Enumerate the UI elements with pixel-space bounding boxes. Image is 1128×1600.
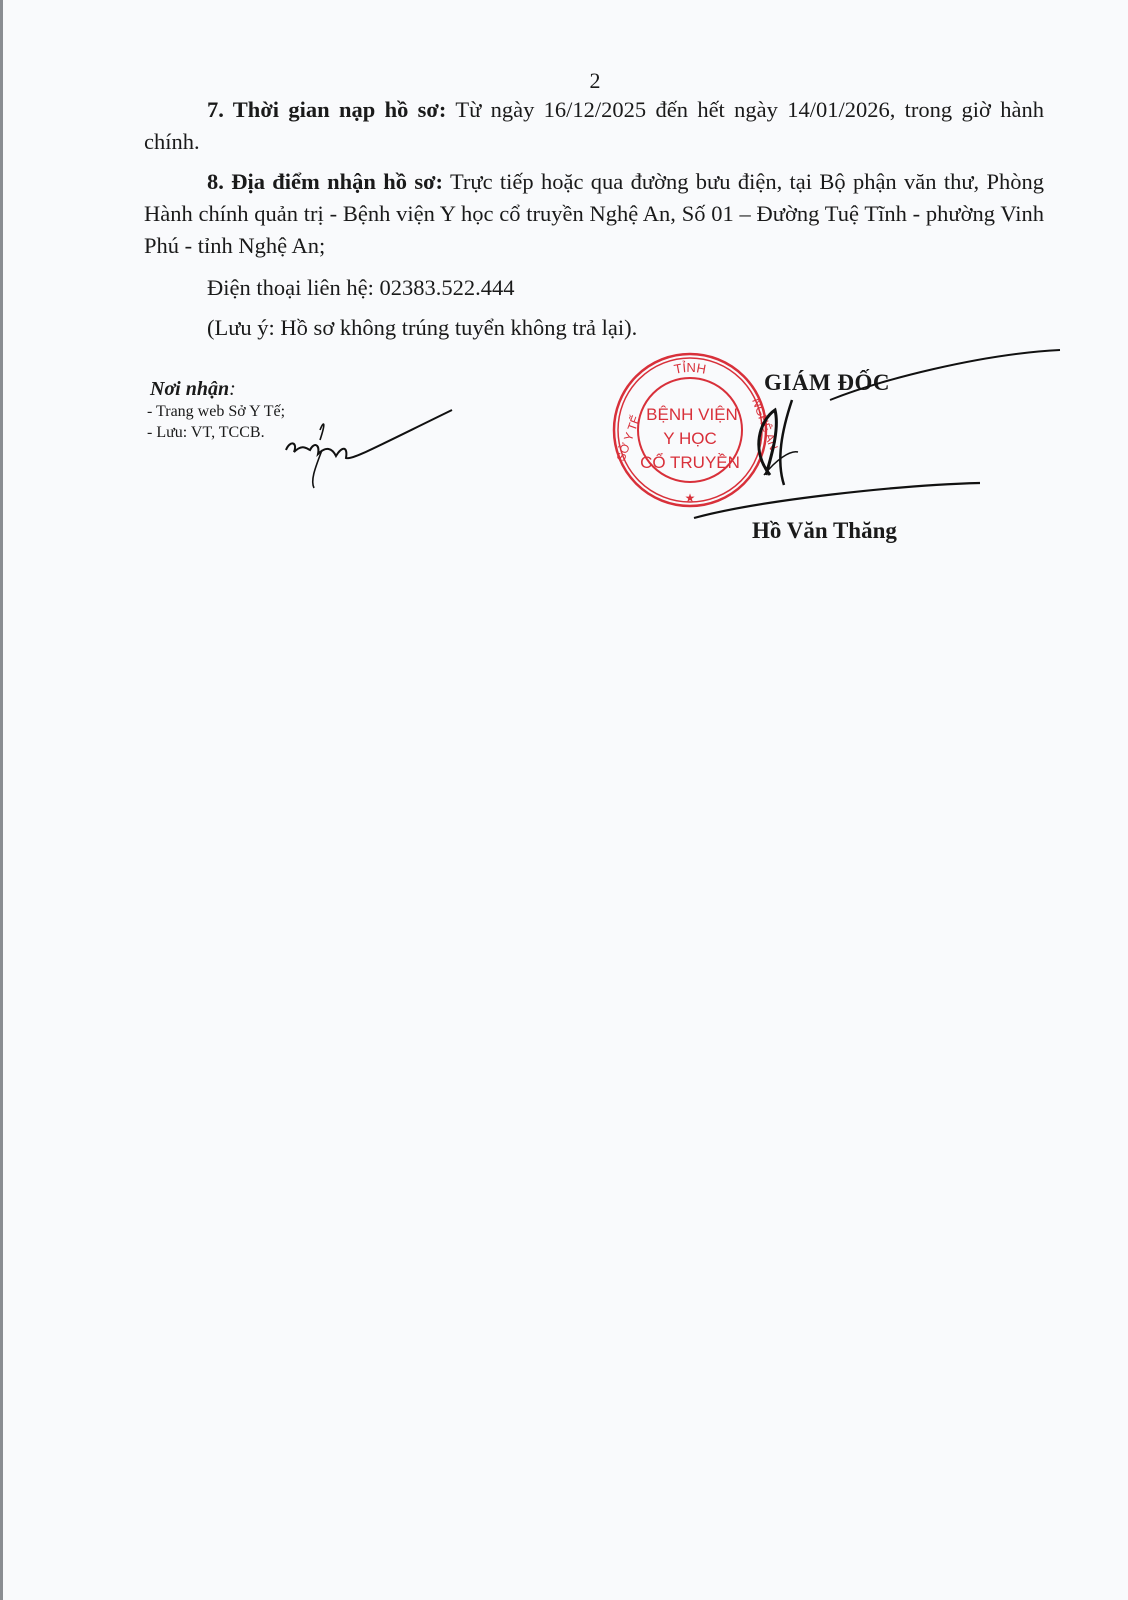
initial-signature-icon [280,400,480,500]
signer-name: Hồ Văn Thăng [752,518,897,544]
section-item-8-label: 8. Địa điểm nhận hồ sơ: [207,169,443,194]
recipient-item: - Trang web Sở Y Tế; [147,401,285,422]
page-number: 2 [0,68,1128,94]
recipient-item: - Lưu: VT, TCCB. [147,422,285,443]
director-signature-icon [680,340,1080,520]
section-item-7: 7. Thời gian nạp hồ sơ: Từ ngày 16/12/20… [144,94,1044,158]
section-item-8: 8. Địa điểm nhận hồ sơ: Trực tiếp hoặc q… [144,166,1044,262]
scan-edge [0,0,3,1600]
signature-block: TỈNH SỞ Y TẾ NGHỆ AN BỆNH VIỆN Y HỌC CỔ … [600,340,1080,560]
recipients-block: Nơi nhận: - Trang web Sở Y Tế; - Lưu: VT… [150,377,285,443]
contact-phone: Điện thoại liên hệ: 02383.522.444 [207,272,1107,304]
recipients-title: Nơi nhận: [150,377,285,401]
section-item-7-label: 7. Thời gian nạp hồ sơ: [207,97,446,122]
